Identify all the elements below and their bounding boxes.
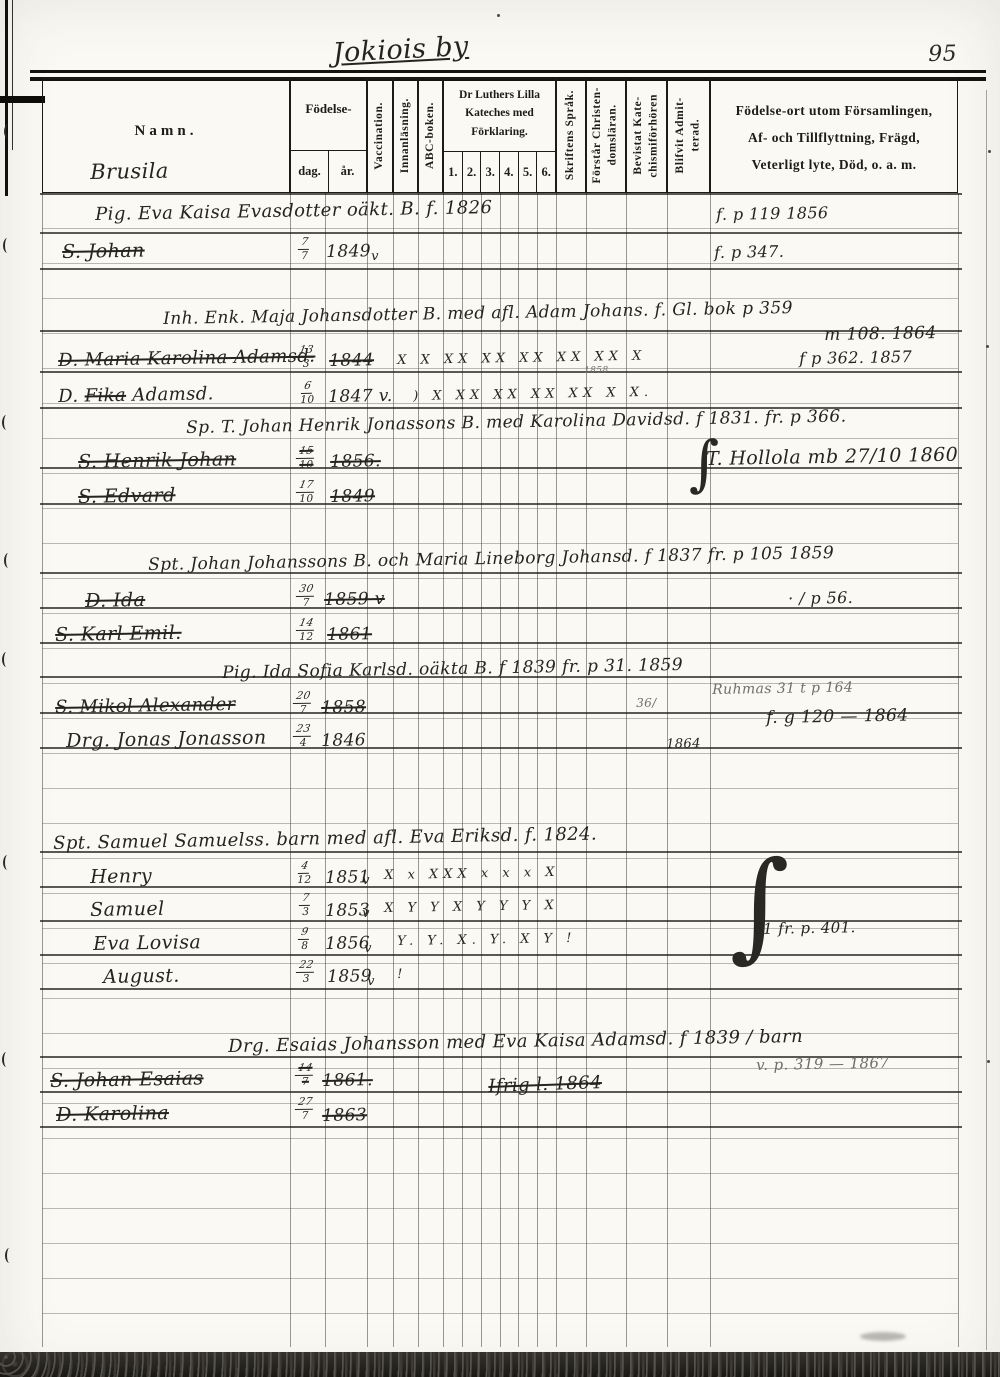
birth-year: 1858 (321, 697, 366, 718)
birth-day: 14 (295, 1063, 316, 1076)
birth-day-fraction: 73 (300, 893, 312, 917)
small-note: 1864 (666, 736, 701, 752)
margin-note: 61 fr. p. 401. (753, 918, 856, 938)
katekes-marks: Y. Y. X. Y. X Y ! (397, 931, 577, 949)
grid-line (40, 886, 962, 888)
birth-day: 6 (300, 381, 314, 394)
margin-note: f. p 347. (714, 242, 784, 262)
record-name: Drg. Jonas Jonasson (66, 727, 267, 752)
birth-day: 13 (296, 345, 317, 358)
birth-day-fraction: 412 (297, 861, 312, 885)
village-name: Brusila (90, 159, 169, 184)
birth-month: 8 (301, 939, 308, 951)
name-part: Adamsd. (126, 383, 214, 406)
small-note: 36/ (636, 696, 657, 710)
margin-note: f. g 120 — 1864 (766, 706, 909, 728)
column-header-katekes: Dr Luthers Lilla Kateches med Förklaring… (443, 78, 556, 193)
vaccination-check: v (362, 873, 370, 888)
birth-year: 1861 (327, 624, 372, 645)
birth-day-fraction: 147 (296, 1063, 315, 1087)
record-name: D. Maria Karolina Adamsd. (58, 346, 316, 371)
grid-line (40, 503, 962, 505)
blifvit-label: Blifvit Admit- terad. (673, 97, 704, 173)
grid-line (42, 753, 958, 754)
section-header: Inh. Enk. Maja Johansdotter B. med afl. … (163, 298, 793, 329)
scan-smudge (860, 1332, 906, 1341)
skriftens-sprak-label: Skriftens Språk. (563, 90, 579, 180)
fodelseort-label: Födelse-ort utom Församlingen, Af- och T… (711, 97, 957, 178)
name-part: D. (58, 386, 85, 407)
birth-day: 27 (295, 1097, 316, 1110)
grid-line (42, 788, 958, 789)
birth-year: 1859 v (324, 589, 385, 610)
vaccination-check: v (371, 249, 379, 264)
katekes-marks: ! (397, 967, 407, 982)
record-name: S. Johan Esaias (50, 1067, 204, 1092)
record-name: Samuel (90, 898, 165, 921)
birth-day: 15 (296, 446, 317, 459)
grid-line (42, 858, 958, 859)
birth-month: 12 (297, 873, 311, 885)
column-header-fodelse: Födelse- dag. år. (290, 78, 367, 193)
birth-year: 1859 (327, 966, 372, 987)
grid-line (42, 438, 958, 439)
birth-month: 12 (299, 630, 313, 642)
birth-month: 7 (300, 703, 307, 715)
forstar-label: Förstår Christen- domsläran. (590, 87, 621, 184)
column-header-namn-label: Namn. (43, 123, 289, 140)
column-header-vaccination: Vaccination. (367, 78, 393, 193)
scan-speck (987, 1060, 990, 1063)
birth-year: 1863 (322, 1105, 367, 1126)
katekes-col-4: 4. (499, 152, 518, 192)
vaccination-label: Vaccination. (372, 102, 388, 170)
grid-line (42, 998, 958, 999)
birth-day-fraction: 307 (297, 584, 316, 608)
record-name: S. Johan (62, 240, 145, 263)
grid-line (42, 298, 958, 299)
birth-day-fraction: 610 (300, 381, 315, 405)
birth-day: 17 (296, 480, 317, 493)
record-name: D. Ida (85, 589, 145, 612)
grid-line (42, 508, 958, 509)
birth-month: 7 (302, 1109, 309, 1121)
grid-line (42, 1208, 958, 1209)
birth-year: 1856. (330, 451, 381, 472)
grid-line (40, 232, 962, 234)
birth-day: 23 (293, 724, 314, 737)
grid-line (40, 371, 962, 373)
section-header: Pig. Ida Sofia Karlsd. oäkta B. f 1839 f… (222, 655, 683, 683)
birth-day-fraction: 234 (294, 724, 313, 748)
birth-day-fraction: 207 (294, 691, 313, 715)
katekes-label: Dr Luthers Lilla Kateches med Förklaring… (444, 86, 555, 141)
birth-day: 14 (296, 618, 317, 631)
brace-flourish: ∫ (728, 857, 792, 952)
record-name: Eva Lovisa (93, 931, 201, 955)
birth-day-fraction: 1412 (297, 618, 316, 642)
katekes-col-2: 2. (462, 152, 481, 192)
binding-hook (2, 415, 11, 430)
birth-day-fraction: 1510 (297, 446, 316, 470)
grid-line (40, 988, 962, 990)
margin-note: f. p 119 1856 (716, 203, 829, 224)
grid-line (42, 1243, 958, 1244)
section-header: Drg. Esaias Johansson med Eva Kaisa Adam… (228, 1026, 803, 1057)
birth-year: 1849 (330, 486, 375, 507)
grid-line (42, 648, 958, 649)
scan-bottom-edge (0, 1352, 1000, 1377)
grid-line (42, 1278, 958, 1279)
birth-year: 1849 (326, 241, 371, 262)
record-name: August. (103, 965, 180, 988)
binding-hook (2, 652, 11, 667)
grid-line (40, 268, 962, 270)
birth-day: 4 (297, 861, 311, 874)
birth-year: 1846 (321, 730, 366, 751)
name-part-struck: Fika (84, 385, 126, 407)
small-note: 1858 (584, 366, 609, 376)
margin-note: T. Hollola mb 27/10 1860 (706, 444, 958, 470)
katekes-marks: X Y Y X Y Y Y X (384, 898, 559, 916)
column-header-bevistat: Bevistat Kate- chismiförhören (626, 78, 667, 193)
birth-month: 3 (303, 972, 310, 984)
record-name: S. Karl Emil. (55, 622, 182, 646)
grid-line (40, 193, 962, 195)
vaccination-check: v (367, 974, 375, 989)
grid-line (42, 823, 958, 824)
record-name: S. Henrik Johan (78, 448, 236, 473)
birth-year: 1847 v. (328, 386, 393, 407)
margin-note: m 108. 1864 (824, 323, 937, 345)
record-name: S. Mikol Alexander (55, 694, 236, 718)
birth-month: 7 (302, 1075, 309, 1087)
birth-day: 7 (299, 893, 313, 906)
binding-hook (3, 855, 12, 870)
birth-day: 22 (296, 960, 317, 973)
birth-day-fraction: 277 (296, 1097, 315, 1121)
birth-day: 20 (293, 691, 314, 704)
binding-hook (4, 124, 13, 139)
grid-line (42, 333, 958, 334)
birth-year: 1844 (329, 350, 374, 371)
grid-line (40, 1126, 962, 1128)
fodelse-label: Födelse- (291, 101, 366, 117)
birth-month: 10 (299, 492, 313, 504)
scan-speck (497, 14, 500, 17)
grid-line (42, 228, 958, 229)
column-header-blifvit: Blifvit Admit- terad. (667, 78, 710, 193)
birth-month: 3 (302, 905, 309, 917)
record-name: Pig. Eva Kaisa Evasdotter oäkt. B. f. 18… (95, 197, 493, 225)
column-header-skriftens-sprak: Skriftens Språk. (556, 78, 586, 193)
bevistat-label: Bevistat Kate- chismiförhören (631, 94, 662, 178)
top-rule (30, 70, 986, 73)
fodelse-dag-label: dag. (291, 151, 328, 192)
birth-month: 7 (303, 596, 310, 608)
birth-day-fraction: 1710 (297, 480, 316, 504)
binding-hook (5, 1248, 14, 1263)
katekes-marks: X x XXX x x x X (384, 865, 560, 883)
page-title-handwritten: Jokiois by (332, 31, 469, 69)
column-header-abc-boken: ABC-boken. (418, 78, 443, 193)
katekes-col-1: 1. (444, 152, 462, 192)
record-name: Henry (90, 865, 152, 888)
grid-line (42, 1138, 958, 1139)
edge-bar (0, 96, 45, 103)
birth-day-fraction: 77 (299, 237, 311, 261)
vaccination-check: v (364, 941, 372, 956)
innanlasning-label: Innanläsning. (398, 98, 414, 173)
birth-day-fraction: 98 (299, 927, 311, 951)
katekes-marks: ) X XX XX XX XX X X. (413, 385, 653, 404)
grid-line (42, 613, 958, 614)
grid-line (42, 473, 958, 474)
binding-hook (4, 553, 13, 568)
column-header-fodelseort: Födelse-ort utom Församlingen, Af- och T… (710, 78, 958, 193)
page-number: 95 (928, 41, 957, 66)
abc-boken-label: ABC-boken. (423, 102, 439, 169)
katekes-col-6: 6. (536, 152, 555, 192)
katekes-col-5: 5. (518, 152, 537, 192)
grid-line (42, 263, 958, 264)
margin-note: Ruhmas 31 t p 164 (712, 680, 853, 698)
column-header-forstar: Förstår Christen- domsläran. (586, 78, 626, 193)
birth-month: 10 (299, 458, 313, 470)
vaccination-check: v (362, 906, 370, 921)
grid-line (42, 1103, 958, 1104)
grid-line (42, 893, 958, 894)
record-name: D. Karolina (56, 1102, 169, 1126)
record-name: D. Fika Adamsd. (58, 383, 214, 407)
binding-hook (2, 1052, 11, 1067)
birth-month: 10 (300, 393, 314, 405)
katekes-col-3: 3. (480, 152, 499, 192)
page-right-edge (986, 90, 987, 1350)
katekes-marks: X X XX XX XX XX XX X (397, 349, 646, 368)
birth-month: 7 (301, 249, 308, 261)
margin-note: f p 362. 1857 (799, 347, 912, 368)
section-header: Sp. T. Johan Henrik Jonassons B. med Kar… (186, 406, 847, 438)
birth-year: 1861. (322, 1070, 373, 1091)
binding-hook (3, 238, 12, 253)
fodelse-ar-label: år. (328, 151, 366, 192)
column-header-innanlasning: Innanläsning. (393, 78, 418, 193)
birth-month: 4 (300, 736, 307, 748)
birth-day-fraction: 133 (297, 345, 316, 369)
margin-note: v. p. 319 — 1867 (756, 1054, 889, 1074)
birth-day: 9 (298, 927, 312, 940)
grid-line (40, 954, 962, 956)
birth-month: 3 (303, 357, 310, 369)
scan-speck (988, 150, 991, 153)
grid-line (42, 1173, 958, 1174)
scanned-church-record-page: Jokiois by 95 Namn. Födelse- dag. år. Va… (0, 0, 1000, 1377)
birth-day: 7 (298, 237, 312, 250)
grid-line (42, 1313, 958, 1314)
margin-note: · / p 56. (788, 588, 853, 608)
mid-note: Ifrig l. 1864 (488, 1072, 602, 1097)
grid-line (958, 193, 959, 1347)
section-header: Spt. Johan Johanssons B. och Maria Lineb… (148, 543, 834, 575)
grid-line (42, 578, 958, 579)
birth-day-fraction: 223 (297, 960, 316, 984)
birth-day: 30 (296, 584, 317, 597)
record-name: S. Edvard (78, 484, 176, 508)
